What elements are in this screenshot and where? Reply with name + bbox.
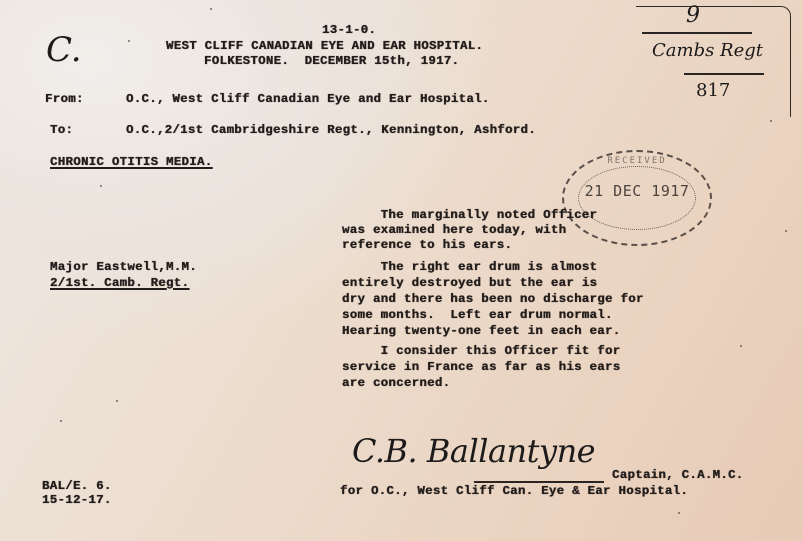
from-label: From: — [45, 92, 84, 106]
corner-mark: C. — [46, 30, 82, 70]
letter-page: C. 13-1-0. WEST CLIFF CANADIAN EYE AND E… — [0, 0, 803, 541]
body-line: was examined here today, with — [342, 223, 566, 237]
ink-speck — [60, 420, 62, 422]
ink-speck — [116, 400, 118, 402]
body-line: reference to his ears. — [342, 238, 512, 252]
body-line: dry and there has been no discharge for — [342, 292, 644, 306]
letterhead-place-date: FOLKESTONE. DECEMBER 15th, 1917. — [204, 54, 459, 68]
file-reference: 13-1-0. — [322, 23, 376, 37]
annotation-ref: 817 — [696, 80, 730, 101]
to-label: To: — [50, 123, 73, 137]
ink-speck — [785, 230, 787, 232]
letterhead-hospital-name: WEST CLIFF CANADIAN EYE AND EAR HOSPITAL… — [166, 39, 483, 53]
body-line: service in France as far as his ears — [342, 360, 620, 374]
annotation-rule — [684, 73, 764, 75]
annotation-number: 9 — [686, 3, 700, 28]
body-line: some months. Left ear drum normal. — [342, 308, 613, 322]
annotation-unit: Cambs Regt — [652, 40, 763, 61]
body-line: Hearing twenty-one feet in each ear. — [342, 324, 620, 338]
received-date-stamp: RECEIVED 21 DEC 1917 — [562, 150, 712, 246]
signatory-rank: Captain, C.A.M.C. — [612, 468, 744, 482]
ink-speck — [770, 120, 772, 122]
body-line: I consider this Officer fit for — [342, 344, 620, 358]
body-line: entirely destroyed but the ear is — [342, 276, 597, 290]
ink-speck — [678, 512, 680, 514]
ink-speck — [100, 185, 102, 187]
body-line: The right ear drum is almost — [342, 260, 597, 274]
reference-date: 15-12-17. — [42, 493, 112, 507]
to-value: O.C.,2/1st Cambridgeshire Regt., Kenning… — [126, 123, 536, 137]
subject-line: CHRONIC OTITIS MEDIA. — [50, 155, 212, 169]
signatory-for: for O.C., West Cliff Can. Eye & Ear Hosp… — [340, 484, 688, 498]
margin-note-unit: 2/1st. Camb. Regt. — [50, 276, 189, 290]
margin-note-officer: Major Eastwell,M.M. — [50, 260, 197, 274]
reference-code: BAL/E. 6. — [42, 479, 112, 493]
from-value: O.C., West Cliff Canadian Eye and Ear Ho… — [126, 92, 490, 106]
ink-speck — [740, 345, 742, 347]
body-line: The marginally noted Officer — [342, 208, 597, 222]
ink-speck — [210, 8, 212, 10]
body-line: are concerned. — [342, 376, 450, 390]
ink-speck — [128, 40, 130, 42]
signature-line — [474, 481, 604, 483]
stamp-top-text: RECEIVED — [564, 156, 710, 166]
annotation-rule — [642, 32, 752, 34]
signature: C.B. Ballantyne — [352, 432, 595, 470]
stamp-date: 21 DEC 1917 — [564, 182, 710, 200]
